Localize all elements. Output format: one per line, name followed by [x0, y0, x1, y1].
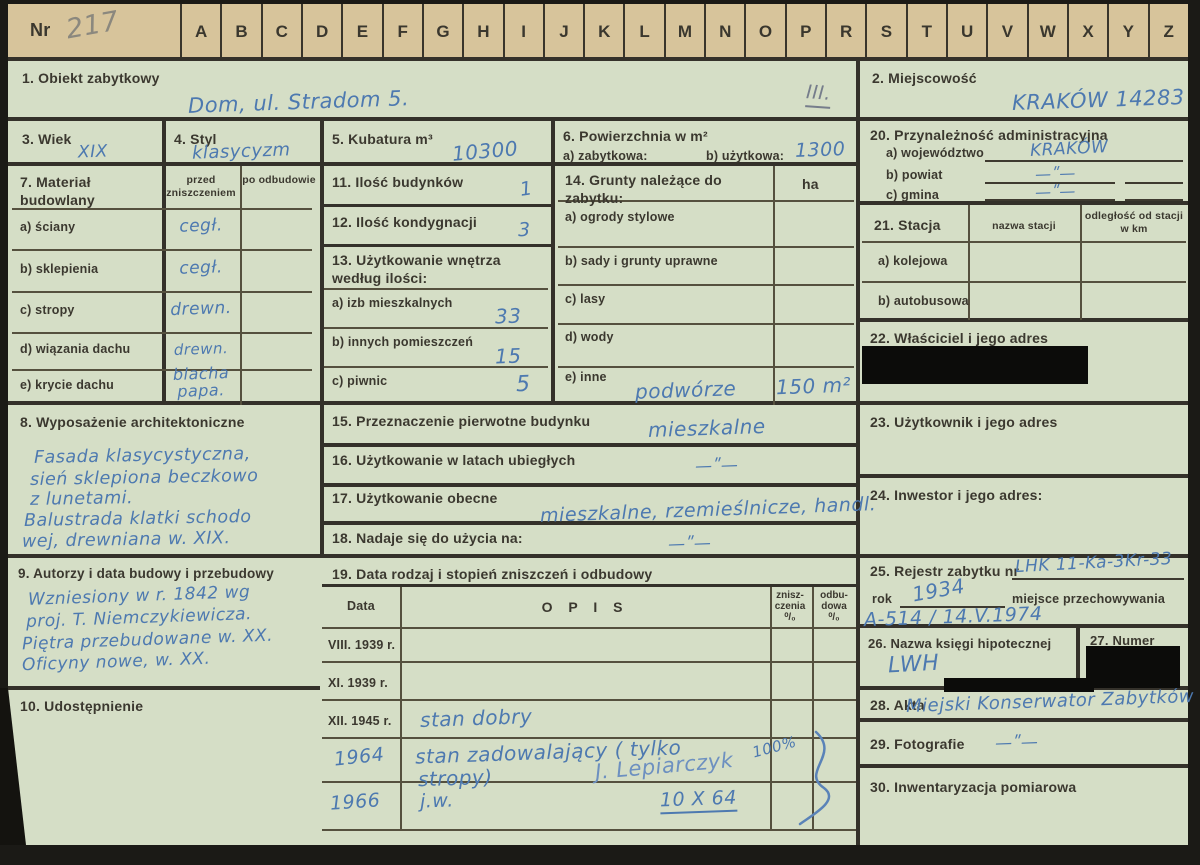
field-21-row-label: b) autobusowa — [878, 294, 969, 308]
field-18-value: —ʺ— — [668, 533, 712, 555]
monument-record-card: Nr 217 A B C D E F G H I J K L M N O P R… — [0, 0, 1200, 865]
field-19-label: 19. Data rodzaj i stopień zniszczeń i od… — [332, 566, 652, 582]
field-14-label: 14. Grunty należące do zabytku: — [565, 172, 755, 207]
field-6b-label: b) użytkowa: — [706, 149, 784, 163]
field-12-label: 12. Ilość kondygnacji — [332, 214, 477, 230]
field-21-col1: nazwa stacji — [968, 220, 1080, 232]
field-20-row-value: —ʺ— — [1035, 181, 1076, 201]
field-13-row-label: a) izb mieszkalnych — [332, 296, 453, 310]
field-14-row-label: c) lasy — [565, 292, 605, 306]
field-7-row-value: papa. — [162, 380, 241, 402]
field-11-label: 11. Ilość budynków — [332, 174, 463, 190]
alphabet-tab: B — [220, 4, 260, 59]
field-13-row-value: 33 — [495, 304, 522, 329]
field-13-row-value: 5 — [516, 372, 531, 397]
field-7-col1: przed zniszczeniem — [164, 174, 238, 200]
alphabet-tab: S — [865, 4, 905, 59]
field-13-row-label: b) innych pomieszczeń — [332, 335, 473, 349]
field-21-row-label: a) kolejowa — [878, 254, 948, 268]
field-12-value: 3 — [518, 219, 531, 241]
field-20-row-label: c) gmina — [886, 188, 939, 202]
field-7-row-label: d) wiązania dachu — [20, 342, 130, 356]
field-13-label: 13. Użytkowanie wnętrza według ilości: — [332, 252, 542, 287]
alphabet-tab: K — [583, 4, 623, 59]
field-7-row-value: drewn. — [162, 339, 241, 360]
field-19-col-odbu: odbu-dowa⁰/₀ — [810, 590, 858, 623]
field-14-row-label: a) ogrody stylowe — [565, 210, 675, 224]
field-20-row-value: KRAKÓW — [1030, 137, 1109, 161]
alphabet-tab: Z — [1148, 4, 1188, 59]
field-26-value: LWH — [887, 651, 939, 679]
alphabet-index: A B C D E F G H I J K L M N O P R S T U … — [180, 4, 1188, 59]
field-18-label: 18. Nadaje się do użycia na: — [332, 530, 523, 546]
field-23-label: 23. Użytkownik i jego adres — [870, 414, 1057, 430]
table-row-date: XI. 1939 r. — [328, 676, 388, 690]
alphabet-tab: X — [1067, 4, 1107, 59]
alphabet-tab: W — [1027, 4, 1067, 59]
alphabet-tab: N — [704, 4, 744, 59]
field-8-text: wej, drewniana w. XIX. — [22, 528, 231, 552]
alphabet-tab: F — [382, 4, 422, 59]
table-row-note: 10 X 64 — [660, 787, 738, 815]
table-row-date: XII. 1945 r. — [328, 714, 392, 728]
alphabet-tab: M — [664, 4, 704, 59]
field-1-label: 1. Obiekt zabytkowy — [22, 70, 160, 86]
alphabet-tab: G — [422, 4, 462, 59]
alphabet-tab: D — [301, 4, 341, 59]
field-14e-value: podwórze — [635, 376, 737, 404]
alphabet-tab: J — [543, 4, 583, 59]
field-10-label: 10. Udostępnienie — [20, 698, 143, 714]
field-24-label: 24. Inwestor i jego adres: — [870, 487, 1042, 503]
table-row-opis: stan dobry — [420, 704, 533, 732]
field-29-value: —ʺ— — [995, 732, 1039, 754]
field-22-label: 22. Właściciel i jego adres — [870, 330, 1048, 346]
field-4-value: klasycyzm — [192, 139, 291, 163]
field-8-label: 8. Wyposażenie architektoniczne — [20, 414, 245, 430]
field-19-col-data: Data — [322, 599, 400, 613]
field-5-label: 5. Kubatura m³ — [332, 131, 433, 147]
field-15-label: 15. Przeznaczenie pierwotne budynku — [332, 413, 590, 429]
field-6b-value: 1300 — [795, 138, 846, 162]
field-21-col2: odległość od stacji w km — [1084, 210, 1184, 236]
field-15-value: mieszkalne — [648, 414, 766, 442]
field-30-label: 30. Inwentaryzacja pomiarowa — [870, 779, 1076, 795]
alphabet-tab: P — [785, 4, 825, 59]
alphabet-tab: O — [744, 4, 784, 59]
alphabet-tab: T — [906, 4, 946, 59]
alphabet-tab: L — [623, 4, 663, 59]
alphabet-tab: R — [825, 4, 865, 59]
field-13-row-label: c) piwnic — [332, 374, 387, 388]
field-7-row-value: cegł. — [162, 257, 241, 280]
field-1-mark: III. — [805, 81, 832, 109]
field-8-text: sień sklepiona beczkowo — [30, 466, 259, 490]
table-row-date-handwritten: 1966 — [329, 789, 381, 814]
field-7-row-value: drewn. — [162, 298, 241, 321]
field-26-label: 26. Nazwa księgi hipotecznej — [868, 636, 1051, 651]
alphabet-tab: I — [503, 4, 543, 59]
field-17-label: 17. Użytkowanie obecne — [332, 490, 497, 506]
field-14-row-label: b) sady i grunty uprawne — [565, 254, 718, 268]
alphabet-tab: Y — [1107, 4, 1147, 59]
field-8-text: Fasada klasycystyczna, — [34, 444, 251, 468]
field-21-label: 21. Stacja — [874, 217, 941, 233]
field-2-label: 2. Miejscowość — [872, 70, 977, 86]
alphabet-tab: C — [261, 4, 301, 59]
field-14-row-label: e) inne — [565, 370, 607, 384]
nr-label: Nr — [30, 20, 50, 41]
field-7-row-label: a) ściany — [20, 220, 75, 234]
field-20-row-label: a) województwo — [886, 146, 984, 160]
field-3-value: XIX — [78, 141, 108, 162]
field-20-row-label: b) powiat — [886, 168, 943, 182]
field-19-col-opis: O P I S — [400, 599, 770, 615]
alphabet-tab: U — [946, 4, 986, 59]
field-16-label: 16. Użytkowanie w latach ubiegłych — [332, 452, 575, 468]
field-25-rok-label: rok — [872, 592, 892, 606]
table-row-opis: stropy) — [418, 765, 493, 792]
ink-flourish — [786, 730, 856, 830]
redaction-box — [862, 346, 1088, 384]
field-7-row-label: b) sklepienia — [20, 262, 98, 276]
field-13-row-value: 15 — [495, 344, 522, 369]
redaction-box — [1086, 646, 1180, 688]
field-7-row-label: e) krycie dachu — [20, 378, 114, 392]
alphabet-tab: A — [180, 4, 220, 59]
field-3-label: 3. Wiek — [22, 131, 72, 147]
field-9-label: 9. Autorzy i data budowy i przebudowy — [18, 566, 274, 581]
alphabet-tab: E — [341, 4, 381, 59]
field-8-text: Balustrada klatki schodo — [24, 507, 252, 531]
field-8-text: z lunetami. — [30, 488, 133, 510]
field-7-row-value: cegł. — [162, 215, 241, 238]
field-7-row-label: c) stropy — [20, 303, 75, 317]
alphabet-tab: V — [986, 4, 1026, 59]
field-6a-label: a) zabytkowa: — [563, 149, 648, 163]
field-29-label: 29. Fotografie — [870, 736, 965, 752]
alphabet-tab: H — [462, 4, 502, 59]
field-14-unit: ha — [802, 176, 819, 192]
field-16-value: —ʺ— — [695, 455, 739, 476]
field-14-row-label: d) wody — [565, 330, 614, 344]
field-19-col-znisz: znisz-czenia⁰/₀ — [766, 590, 814, 623]
field-7-label: 7. Materiał budowlany — [20, 174, 140, 209]
table-row-opis: j.w. — [420, 789, 454, 812]
field-7-col2: po odbudowie — [242, 174, 316, 187]
field-14e-ha-value: 150 m² — [776, 373, 852, 400]
field-6-label: 6. Powierzchnia w m² — [563, 128, 708, 144]
table-row-date: VIII. 1939 r. — [328, 638, 395, 652]
